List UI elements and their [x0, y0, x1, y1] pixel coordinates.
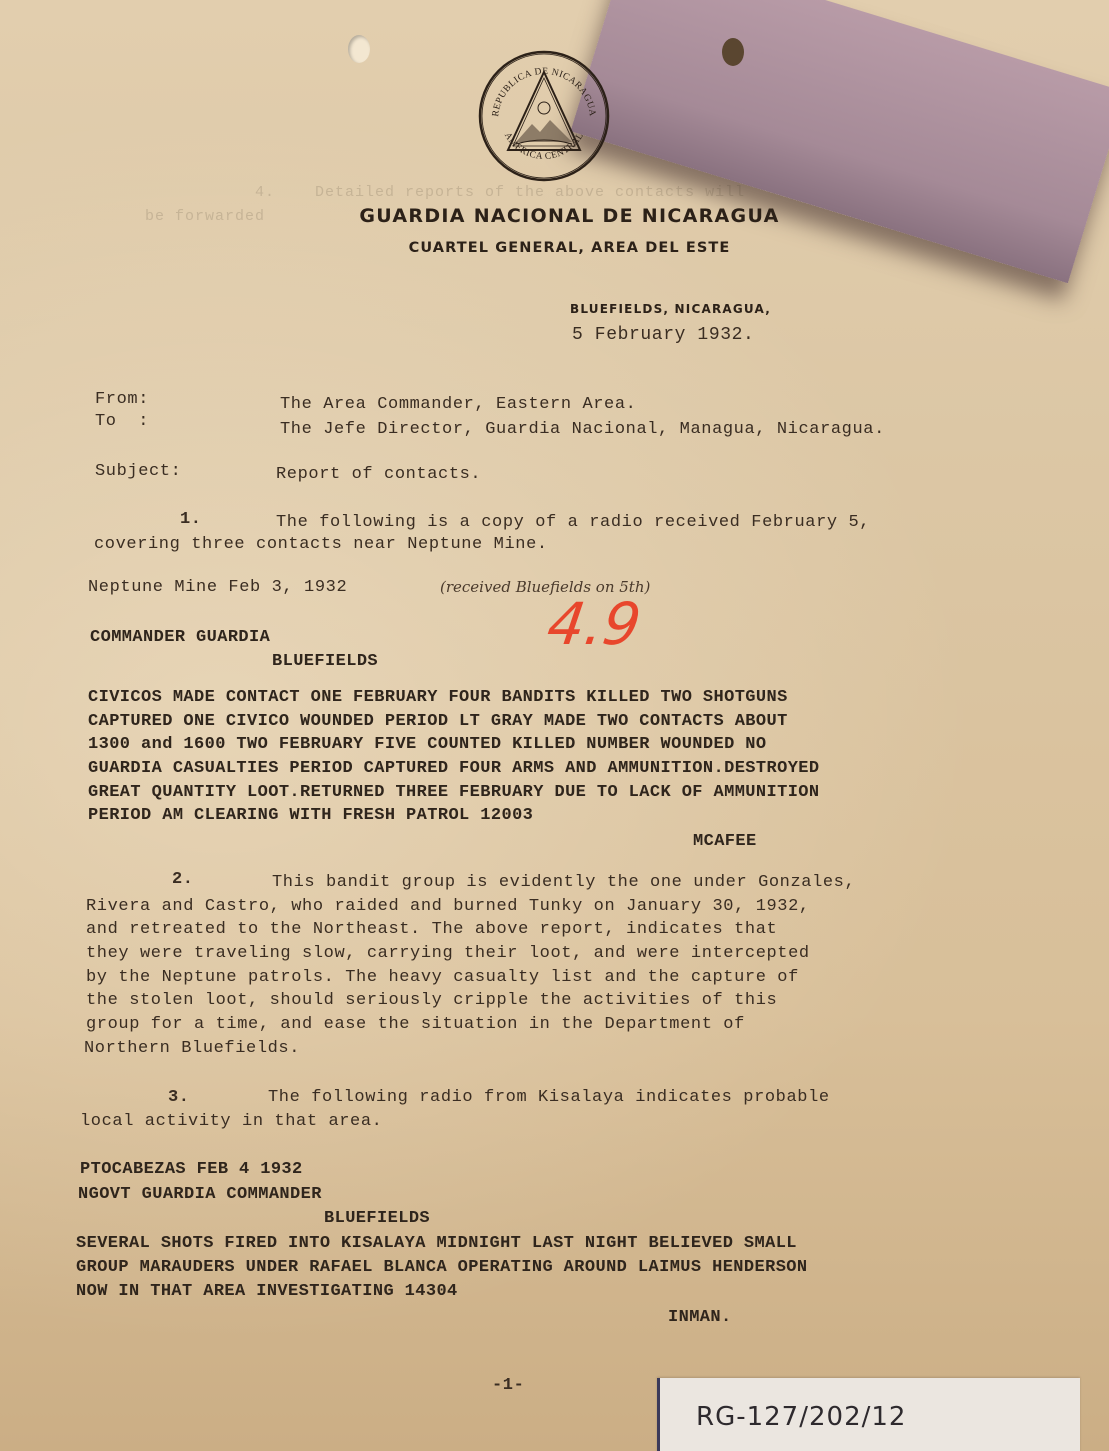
red-pencil-annotation: 4.9 [543, 590, 645, 658]
radio1-origin: Neptune Mine Feb 3, 1932 [88, 578, 347, 597]
paragraph2-line: and retreated to the Northeast. The abov… [86, 920, 777, 939]
letterhead-place: BLUEFIELDS, NICARAGUA, [570, 302, 771, 316]
paragraph1-line2: covering three contacts near Neptune Min… [94, 535, 548, 554]
page-number: -1- [492, 1376, 524, 1395]
to-label: To : [95, 412, 149, 431]
document-date: 5 February 1932. [572, 325, 754, 345]
radio2-origin: PTOCABEZAS FEB 4 1932 [80, 1160, 303, 1179]
bleed-through-line1: 4. Detailed reports of the above contact… [255, 184, 745, 201]
radio2-body-line: GROUP MARAUDERS UNDER RAFAEL BLANCA OPER… [76, 1258, 808, 1277]
paragraph2-number: 2. [172, 870, 194, 889]
document-page: REPUBLICA DE NICARAGUA AMERICA CENTRAL 4… [0, 0, 1109, 1451]
radio2-addressee-line1: NGOVT GUARDIA COMMANDER [78, 1185, 322, 1204]
radio2-body-line: NOW IN THAT AREA INVESTIGATING 14304 [76, 1282, 458, 1301]
radio1-addressee-line2: BLUEFIELDS [272, 652, 378, 671]
radio2-body-line: SEVERAL SHOTS FIRED INTO KISALAYA MIDNIG… [76, 1234, 797, 1253]
radio1-body-line: 1300 and 1600 TWO FEBRUARY FIVE COUNTED … [88, 735, 767, 754]
subject-value: Report of contacts. [276, 465, 481, 484]
from-value: The Area Commander, Eastern Area. [280, 395, 636, 414]
radio1-body-line: CAPTURED ONE CIVICO WOUNDED PERIOD LT GR… [88, 712, 788, 731]
paragraph3-line1: The following radio from Kisalaya indica… [268, 1088, 830, 1107]
punch-hole-right [722, 38, 744, 66]
radio1-body-line: GUARDIA CASUALTIES PERIOD CAPTURED FOUR … [88, 759, 820, 778]
archive-tag-text: RG-127/202/12 [696, 1402, 906, 1432]
nicaragua-seal-icon: REPUBLICA DE NICARAGUA AMERICA CENTRAL [476, 48, 612, 184]
paragraph3-line2: local activity in that area. [80, 1112, 382, 1131]
paragraph1-number: 1. [180, 510, 202, 529]
seal-top-text: REPUBLICA DE NICARAGUA [491, 67, 597, 117]
radio1-addressee-line1: COMMANDER GUARDIA [90, 628, 270, 647]
paragraph2-line: Rivera and Castro, who raided and burned… [86, 897, 810, 916]
paragraph2-line: Northern Bluefields. [84, 1039, 300, 1058]
radio1-body-line: PERIOD AM CLEARING WITH FRESH PATROL 120… [88, 806, 533, 825]
archive-tag-card: RG-127/202/12 [657, 1378, 1080, 1451]
radio1-body-line: GREAT QUANTITY LOOT.RETURNED THREE FEBRU… [88, 783, 820, 802]
subject-label: Subject: [95, 462, 181, 481]
letterhead-department: CUARTEL GENERAL, AREA DEL ESTE [0, 240, 1109, 256]
paragraph3-number: 3. [168, 1088, 190, 1107]
paragraph2-line: by the Neptune patrols. The heavy casual… [86, 968, 799, 987]
paragraph2-line: group for a time, and ease the situation… [86, 1015, 745, 1034]
svg-text:REPUBLICA DE NICARAGUA: REPUBLICA DE NICARAGUA [491, 67, 597, 117]
paragraph2-line: This bandit group is evidently the one u… [272, 873, 855, 892]
radio2-signature: INMAN. [668, 1308, 732, 1327]
paragraph2-line: they were traveling slow, carrying their… [86, 944, 810, 963]
radio1-signature: MCAFEE [693, 832, 757, 851]
paragraph1-line1: The following is a copy of a radio recei… [276, 513, 870, 532]
from-label: From: [95, 390, 149, 409]
radio1-body-line: CIVICOS MADE CONTACT ONE FEBRUARY FOUR B… [88, 688, 788, 707]
punch-hole-left [348, 35, 370, 63]
radio2-addressee-line2: BLUEFIELDS [324, 1209, 430, 1228]
paragraph2-line: the stolen loot, should seriously crippl… [86, 991, 777, 1010]
to-value: The Jefe Director, Guardia Nacional, Man… [280, 420, 885, 439]
letterhead-organization: GUARDIA NACIONAL DE NICARAGUA [0, 205, 1109, 227]
